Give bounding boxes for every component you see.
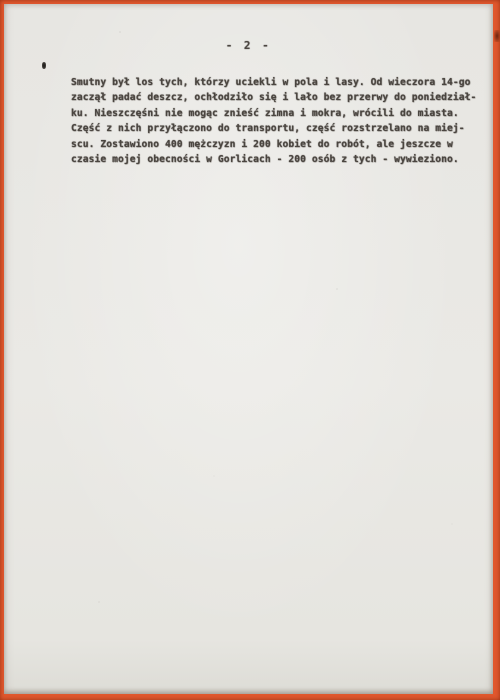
text-line: scu. Zostawiono 400 mężczyzn i 200 kobie… <box>71 137 481 152</box>
text-line: ku. Nieszczęśni nie mogąc znieść zimna i… <box>71 106 481 121</box>
border-smudge <box>494 30 500 42</box>
ink-speck <box>42 62 46 69</box>
body-text: Smutny był los tych, którzy uciekli w po… <box>71 75 481 167</box>
paper-sheet: - 2 - Smutny był los tych, którzy uciekl… <box>4 4 493 694</box>
text-line: czasie mojej obecności w Gorlicach - 200… <box>71 152 481 167</box>
text-line: Smutny był los tych, którzy uciekli w po… <box>71 75 481 90</box>
text-line: Część z nich przyłączono do transportu, … <box>71 121 481 136</box>
text-line: zaczął padać deszcz, ochłodziło się i la… <box>71 90 481 105</box>
scanned-document-page: - 2 - Smutny był los tych, którzy uciekl… <box>0 0 500 700</box>
page-number: - 2 - <box>4 39 493 52</box>
